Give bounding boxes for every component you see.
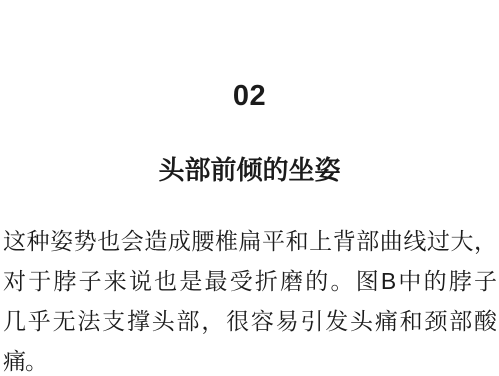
section-number: 02 — [0, 76, 499, 116]
paragraph-line-4: 痛。 — [3, 341, 496, 376]
paragraph-line-1: 这种姿势也会造成腰椎扁平和上背部曲线过大， — [3, 221, 496, 261]
text-card: 02 头部前倾的坐姿 这种姿势也会造成腰椎扁平和上背部曲线过大， 对于脖子来说也… — [0, 0, 499, 376]
paragraph-line-2: 对于脖子来说也是最受折磨的。图B中的脖子 — [3, 261, 496, 301]
body-paragraph: 这种姿势也会造成腰椎扁平和上背部曲线过大， 对于脖子来说也是最受折磨的。图B中的… — [0, 221, 499, 376]
paragraph-line-3: 几乎无法支撑头部，很容易引发头痛和颈部酸 — [3, 301, 496, 341]
section-title: 头部前倾的坐姿 — [0, 150, 499, 190]
